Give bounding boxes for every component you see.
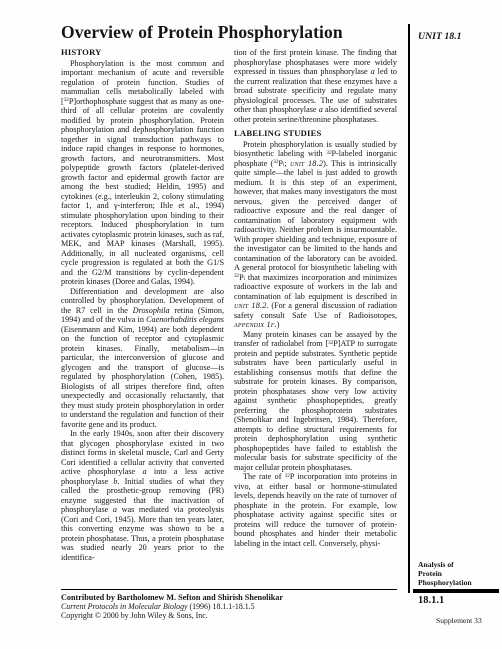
journal-issue: (1996) 18.1.1-18.1.5 — [188, 602, 255, 611]
document-page: Overview of Protein Phosphorylation UNIT… — [0, 0, 502, 649]
paragraph: In the early 1940s, soon after their dis… — [61, 429, 224, 562]
paragraph: Phosphorylation is the most common and i… — [61, 59, 224, 287]
page-number: 18.1.1 — [418, 595, 444, 606]
paragraph: Differentiation and development are also… — [61, 287, 224, 430]
sidebar-rule — [413, 589, 499, 593]
supplement-label: Supplement 33 — [436, 616, 482, 625]
source-line: Current Protocols in Molecular Biology (… — [61, 602, 401, 611]
page-title: Overview of Protein Phosphorylation — [61, 22, 343, 43]
left-column: HISTORYPhosphorylation is the most commo… — [61, 48, 224, 588]
paragraph: Many protein kinases can be assayed by t… — [234, 330, 397, 473]
margin-divider-rule — [408, 24, 410, 593]
article-body: HISTORYPhosphorylation is the most commo… — [61, 48, 397, 588]
section-heading: LABELING STUDIES — [234, 129, 397, 139]
contributors-line: Contributed by Bartholomew M. Sefton and… — [61, 593, 401, 602]
paragraph: tion of the first protein kinase. The fi… — [234, 48, 397, 124]
unit-number-label: UNIT 18.1 — [418, 31, 462, 42]
section-heading: HISTORY — [61, 48, 224, 58]
footer-rule — [61, 589, 397, 590]
paragraph: The rate of 32P incorporation into prote… — [234, 472, 397, 548]
journal-title: Current Protocols in Molecular Biology — [61, 602, 188, 611]
chapter-title-label: Analysis of Protein Phosphorylation — [418, 560, 500, 587]
footer: Contributed by Bartholomew M. Sefton and… — [61, 593, 401, 621]
right-column: tion of the first protein kinase. The fi… — [234, 48, 397, 588]
copyright-line: Copyright © 2000 by John Wiley & Sons, I… — [61, 611, 401, 620]
paragraph: Protein phosphorylation is usually studi… — [234, 140, 397, 330]
